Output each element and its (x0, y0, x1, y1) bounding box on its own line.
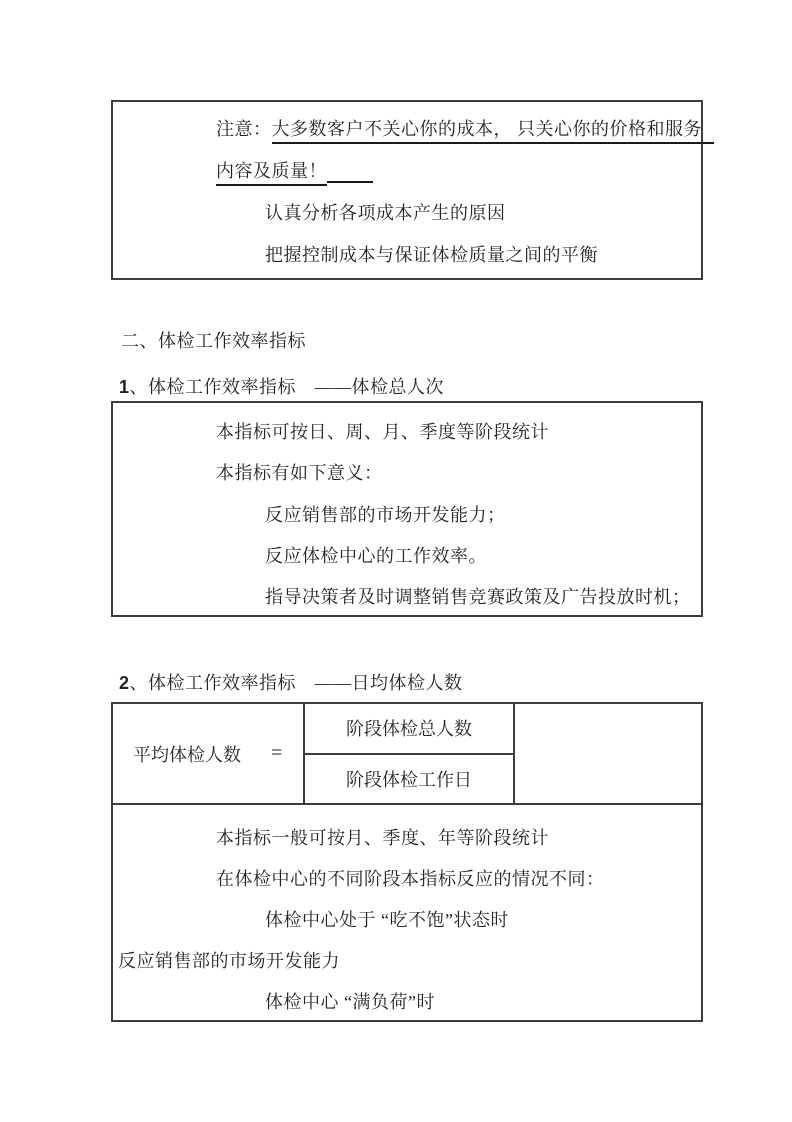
item1-title: 、体检工作效率指标 ——体检总人次 (130, 377, 445, 397)
total-visits-bullet-3: 指导决策者及时调整销售竞赛政策及广告投放时机； (265, 586, 691, 608)
formula-lhs-cell: 平均体检人数 = (113, 704, 305, 803)
formula-empty-cell (515, 704, 701, 803)
daily-avg-line-4: 反应销售部的市场开发能力 (118, 950, 340, 972)
item2-title: 、体检工作效率指标 ——日均体检人数 (130, 673, 463, 693)
total-visits-box: 本指标可按日、周、月、季度等阶段统计 本指标有如下意义： 反应销售部的市场开发能… (111, 401, 703, 617)
item2-number: 2 (119, 673, 130, 693)
total-visits-bullet-1: 反应销售部的市场开发能力； (265, 504, 506, 526)
section-heading: 二、体检工作效率指标 (121, 330, 306, 352)
formula-row: 平均体检人数 = 阶段体检总人数 阶段体检工作日 (111, 702, 703, 805)
formula-lhs: 平均体检人数 (133, 741, 241, 767)
daily-avg-line-5: 体检中心 “满负荷”时 (265, 991, 435, 1013)
note-line-2: 内容及质量！ (216, 160, 373, 183)
total-visits-line-1: 本指标可按日、周、月、季度等阶段统计 (216, 421, 549, 443)
underline-tail (327, 160, 373, 183)
daily-avg-line-2: 在体检中心的不同阶段本指标反应的情况不同： (216, 868, 605, 890)
formula-table: 平均体检人数 = 阶段体检总人数 阶段体检工作日 本指标一般可按月、季度、年等阶… (111, 702, 703, 1022)
note-underlined-text-2: 内容及质量！ (216, 161, 327, 186)
daily-avg-box: 本指标一般可按月、季度、年等阶段统计 在体检中心的不同阶段本指标反应的情况不同：… (111, 805, 703, 1022)
daily-avg-line-3: 体检中心处于 “吃不饱”状态时 (265, 909, 509, 931)
daily-avg-line-1: 本指标一般可按月、季度、年等阶段统计 (216, 827, 549, 849)
formula-fraction-cell: 阶段体检总人数 阶段体检工作日 (305, 704, 515, 803)
note-underlined-text-1: 大多数客户不关心你的成本， 只关心你的价格和服务 (272, 119, 715, 144)
note-line-1: 注意：大多数客户不关心你的成本， 只关心你的价格和服务 (216, 118, 714, 140)
total-visits-bullet-2: 反应体检中心的工作效率。 (265, 545, 487, 567)
formula-equals: = (271, 742, 282, 765)
note-box: 注意：大多数客户不关心你的成本， 只关心你的价格和服务 内容及质量！ 认真分析各… (111, 100, 703, 280)
item1-number: 1 (119, 377, 130, 397)
note-label: 注意： (216, 119, 272, 139)
document-page: 注意：大多数客户不关心你的成本， 只关心你的价格和服务 内容及质量！ 认真分析各… (0, 0, 792, 1122)
item2-heading: 2、体检工作效率指标 ——日均体检人数 (119, 672, 463, 694)
formula-denominator: 阶段体检工作日 (305, 755, 513, 804)
note-bullet-2: 把握控制成本与保证体检质量之间的平衡 (265, 244, 598, 266)
total-visits-line-2: 本指标有如下意义： (216, 462, 383, 484)
note-bullet-1: 认真分析各项成本产生的原因 (265, 202, 506, 224)
item1-heading: 1、体检工作效率指标 ——体检总人次 (119, 376, 444, 398)
formula-numerator: 阶段体检总人数 (305, 704, 513, 755)
